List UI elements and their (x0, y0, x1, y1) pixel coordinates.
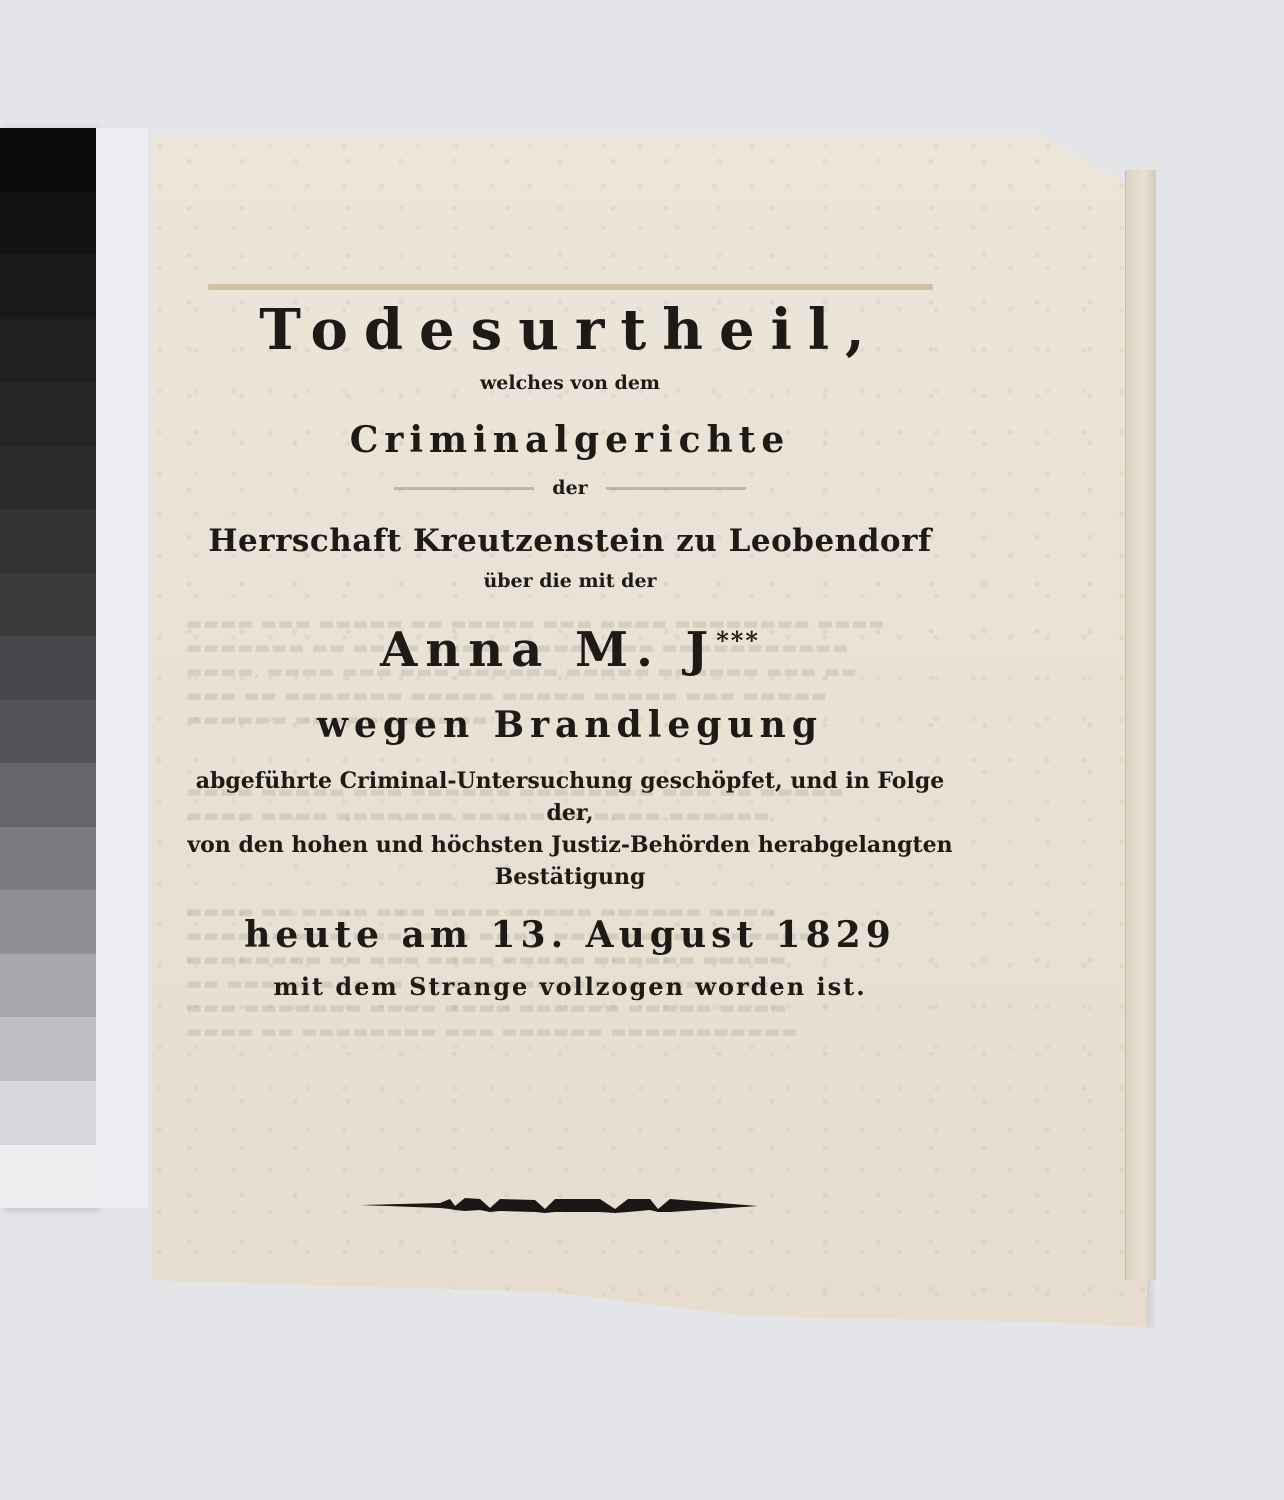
convict-name: Anna M. J*** (170, 604, 970, 687)
divider-line-left (394, 487, 534, 490)
execution-statement: mit dem Strange vollzogen worden ist. (170, 967, 970, 1007)
gray-patch-10 (0, 763, 96, 827)
gray-patch-14 (0, 1017, 96, 1081)
court-name: Criminalgerichte (170, 412, 970, 468)
gray-patch-11 (0, 827, 96, 891)
gray-patch-15 (0, 1081, 96, 1145)
intro-line: welches von dem (170, 368, 970, 398)
offense: wegen Brandlegung (170, 697, 970, 753)
divider-line-right (606, 487, 746, 490)
gray-patch-6 (0, 509, 96, 573)
name-redaction-asterisks: *** (716, 626, 760, 655)
white-reference-strip (96, 128, 148, 1208)
body-line-1: abgeführte Criminal-Untersuchung geschöp… (170, 765, 970, 829)
gray-patch-7 (0, 573, 96, 637)
ornamental-rule (360, 1190, 760, 1220)
gray-patch-1 (0, 192, 96, 256)
execution-date: heute am 13. August 1829 (170, 907, 970, 963)
lordship-name: Herrschaft Kreutzenstein zu Leobendorf (170, 516, 970, 566)
gray-patch-8 (0, 636, 96, 700)
gray-patch-9 (0, 700, 96, 764)
gray-patch-0 (0, 128, 96, 192)
gray-patch-3 (0, 319, 96, 383)
divider-with-article: der (170, 468, 970, 508)
torn-page-edge (1125, 170, 1156, 1280)
gray-patch-4 (0, 382, 96, 446)
gray-patch-12 (0, 890, 96, 954)
gray-patch-2 (0, 255, 96, 319)
body-line-2: von den hohen und höchsten Justiz-Behörd… (170, 829, 970, 861)
body-text: abgeführte Criminal-Untersuchung geschöp… (170, 765, 970, 893)
body-line-3: Bestätigung (170, 861, 970, 893)
gray-patch-16 (0, 1145, 96, 1209)
document-title: Todesurtheil, (170, 292, 970, 368)
document-text: Todesurtheil, welches von dem Criminalge… (170, 290, 970, 1007)
gray-patch-5 (0, 446, 96, 510)
gray-scale-calibration-card (0, 128, 96, 1208)
article-der: der (552, 473, 587, 503)
about-line: über die mit der (170, 566, 970, 596)
convict-name-text: Anna M. J (380, 622, 716, 678)
gray-patch-13 (0, 954, 96, 1018)
